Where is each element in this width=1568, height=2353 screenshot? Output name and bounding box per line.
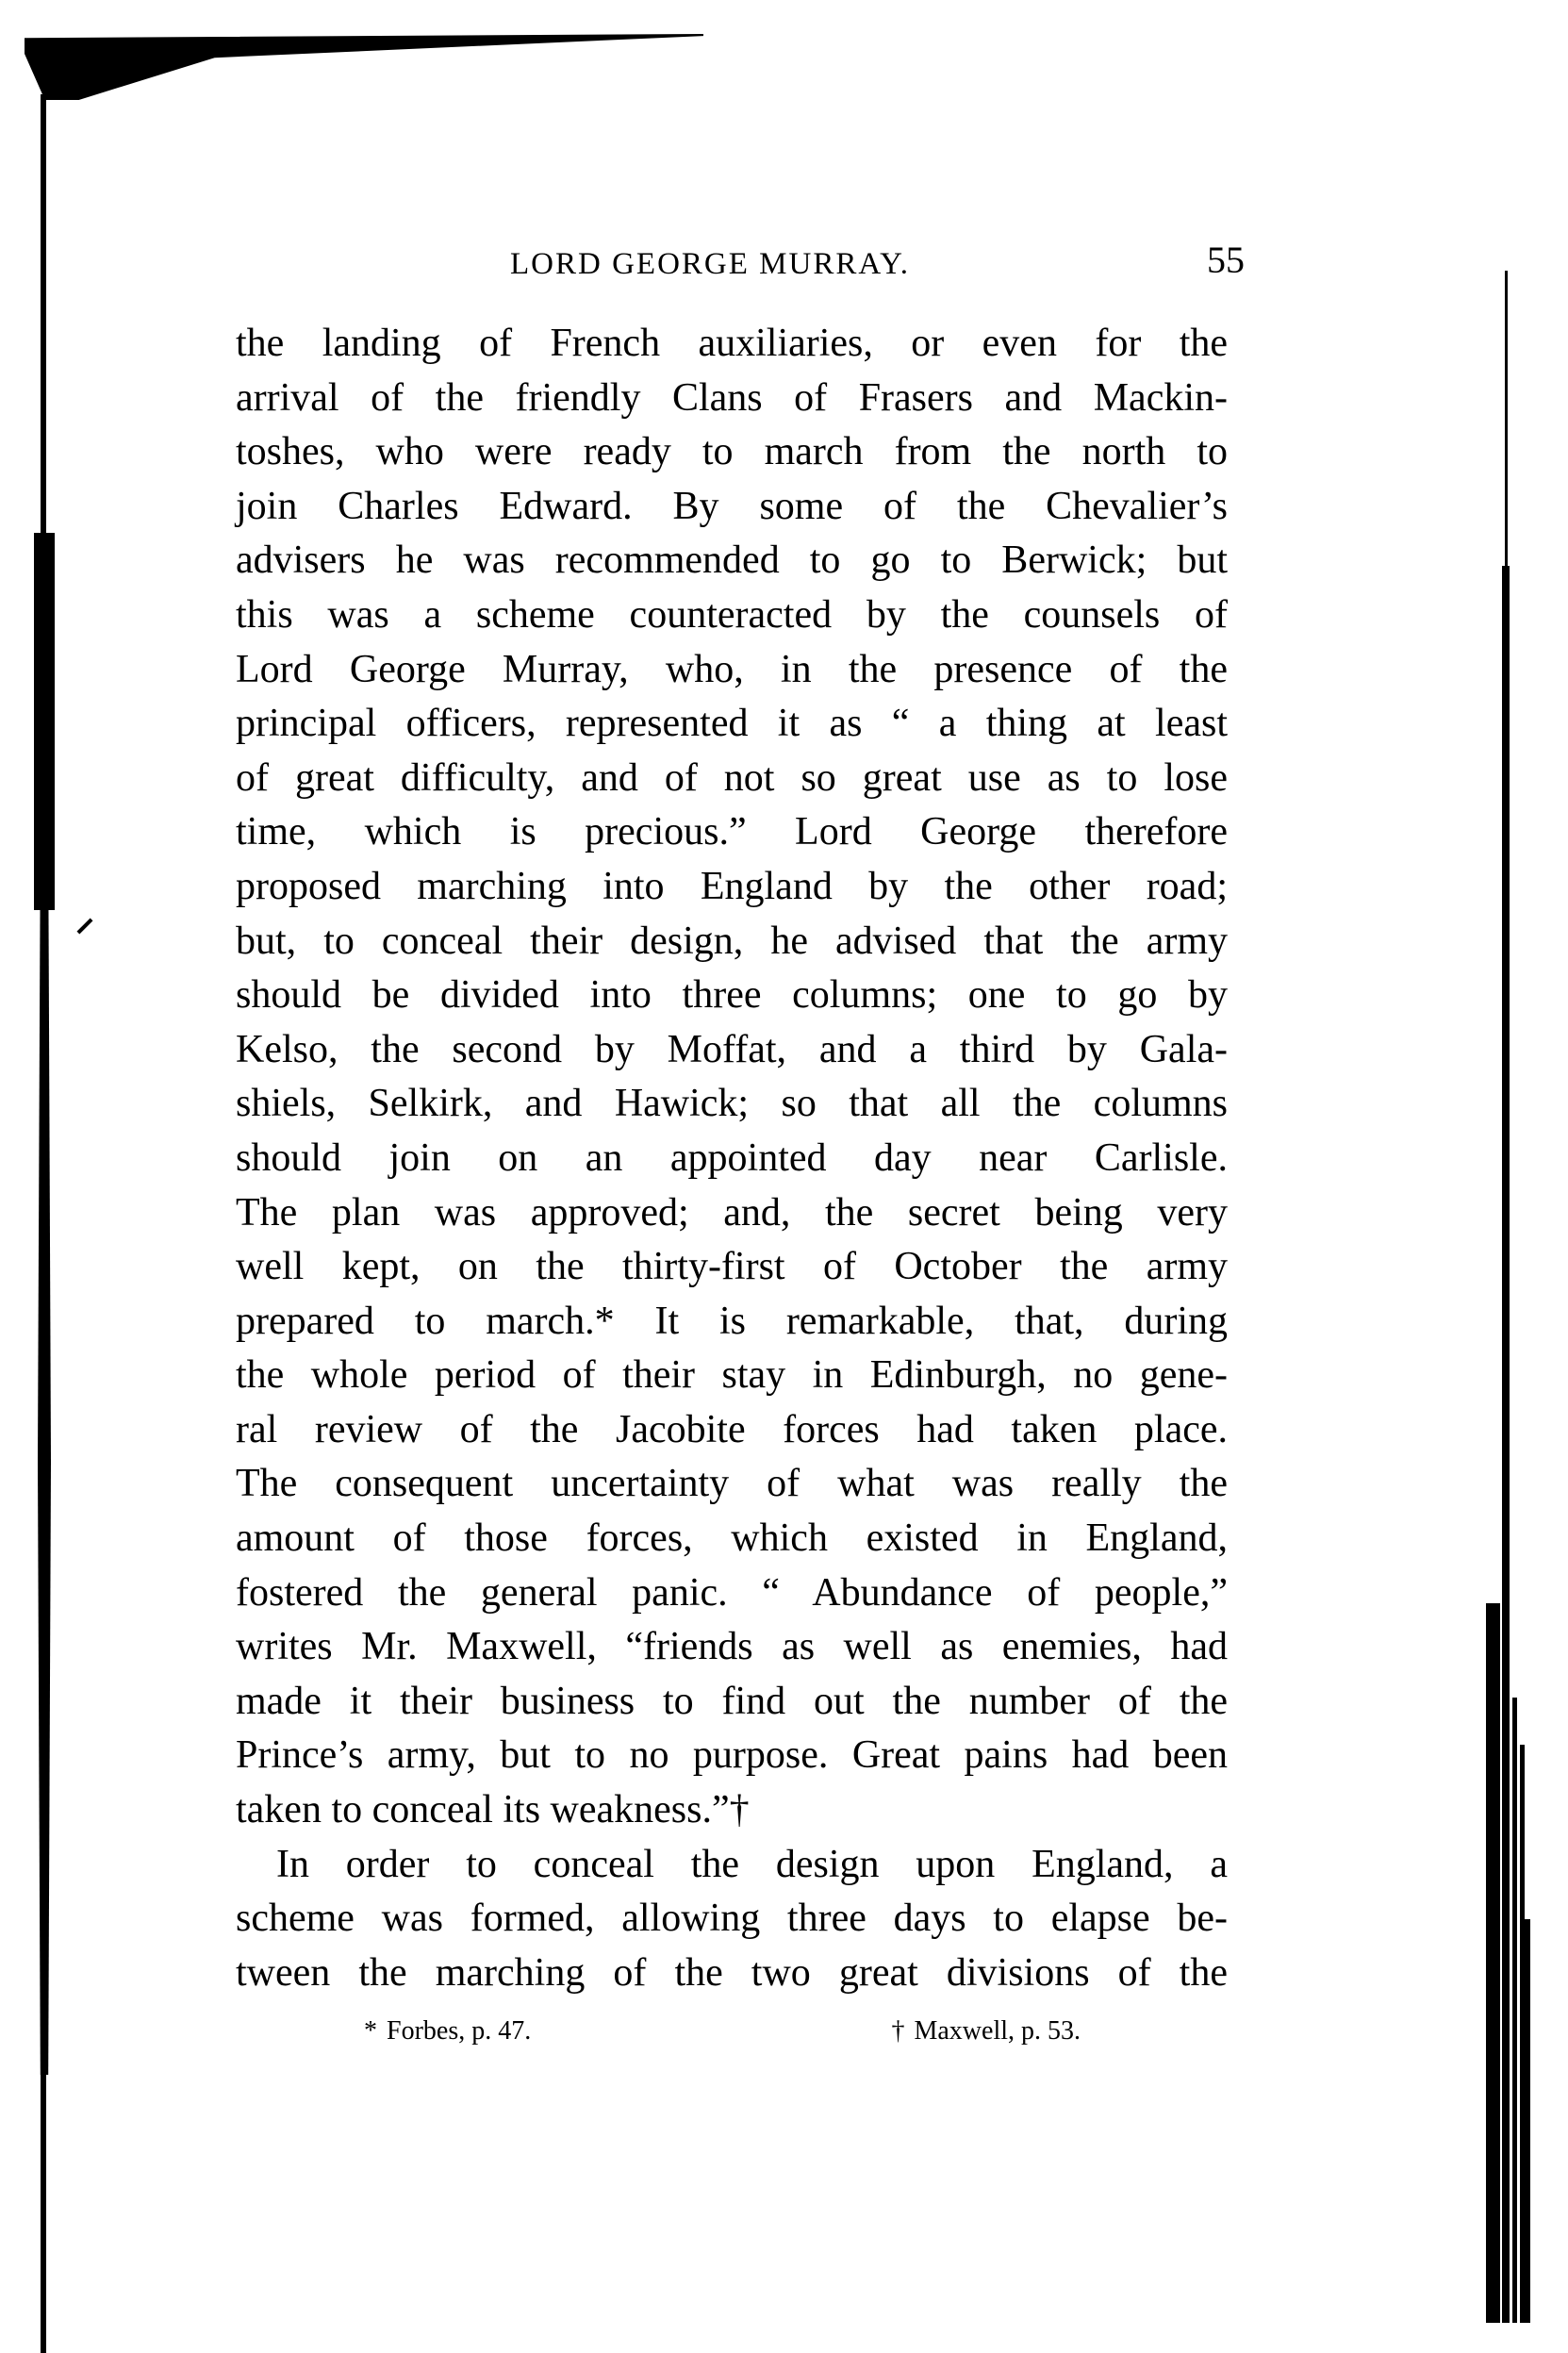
dagger-mark: † [891,2016,904,2046]
scan-edge-shadow-top [25,34,703,100]
footnote-maxwell: †Maxwell, p. 53. [891,2016,1081,2046]
text-line: should be divided into three columns; on… [236,969,1228,1023]
text-line: shiels, Selkirk, and Hawick; so that all… [236,1077,1228,1132]
text-line: toshes, who were ready to march from the… [236,425,1228,480]
text-line: ral review of the Jacobite forces had ta… [236,1403,1228,1458]
text-line-paragraph-start: In order to conceal the design upon Engl… [236,1838,1228,1893]
text-line: the whole period of their stay in Edinbu… [236,1349,1228,1403]
text-line: should join on an appointed day near Car… [236,1132,1228,1186]
text-line: made it their business to find out the n… [236,1675,1228,1730]
footnote-text: Forbes, p. 47. [387,2016,531,2046]
text-line: arrival of the friendly Clans of Frasers… [236,372,1228,426]
text-line: Prince’s army, but to no purpose. Great … [236,1729,1228,1783]
footnote-forbes: *Forbes, p. 47. [364,2016,531,2046]
text-line: The consequent uncertainty of what was r… [236,1457,1228,1512]
margin-pencil-mark [77,919,93,935]
text-line: Kelso, the second by Moffat, and a third… [236,1023,1228,1078]
text-line: fostered the general panic. “ Abundance … [236,1566,1228,1621]
scan-edge-line-right-2 [1502,566,1510,2323]
footnote-text: Maxwell, p. 53. [914,2016,1081,2046]
text-line-paragraph-end: taken to conceal its weakness.”† [236,1783,1228,1838]
text-line: of great difficulty, and of not so great… [236,752,1228,806]
text-line: this was a scheme counteracted by the co… [236,588,1228,643]
scan-edge-line-right-4 [1512,1698,1517,2323]
text-line: Lord George Murray, who, in the presence… [236,643,1228,698]
page-number: 55 [1207,238,1245,282]
text-line: tween the marching of the two great divi… [236,1947,1228,2001]
text-line: proposed marching into England by the ot… [236,860,1228,915]
text-line: scheme was formed, allowing three days t… [236,1892,1228,1947]
scan-edge-line-right-3 [1486,1603,1500,2323]
text-line: prepared to march.* It is remarkable, th… [236,1295,1228,1350]
text-line: principal officers, represented it as “ … [236,697,1228,752]
text-line: well kept, on the thirty-first of Octobe… [236,1240,1228,1295]
running-head: LORD GEORGE MURRAY. [510,247,910,282]
text-line: but, to conceal their design, he advised… [236,915,1228,969]
scan-edge-shadow-left-lower [38,849,51,2075]
text-line: advisers he was recommended to go to Ber… [236,534,1228,588]
text-line: time, which is precious.” Lord George th… [236,805,1228,860]
footnotes: *Forbes, p. 47. †Maxwell, p. 53. [364,2016,1081,2046]
text-line: writes Mr. Maxwell, “friends as well as … [236,1620,1228,1675]
text-line: amount of those forces, which existed in… [236,1512,1228,1566]
asterisk-mark: * [364,2016,377,2046]
scan-edge-line-right-6 [1525,1919,1530,2323]
text-line: the landing of French auxiliaries, or ev… [236,317,1228,372]
text-line: join Charles Edward. By some of the Chev… [236,480,1228,535]
text-line: The plan was approved; and, the secret b… [236,1186,1228,1241]
body-text: the landing of French auxiliaries, or ev… [236,317,1228,2000]
